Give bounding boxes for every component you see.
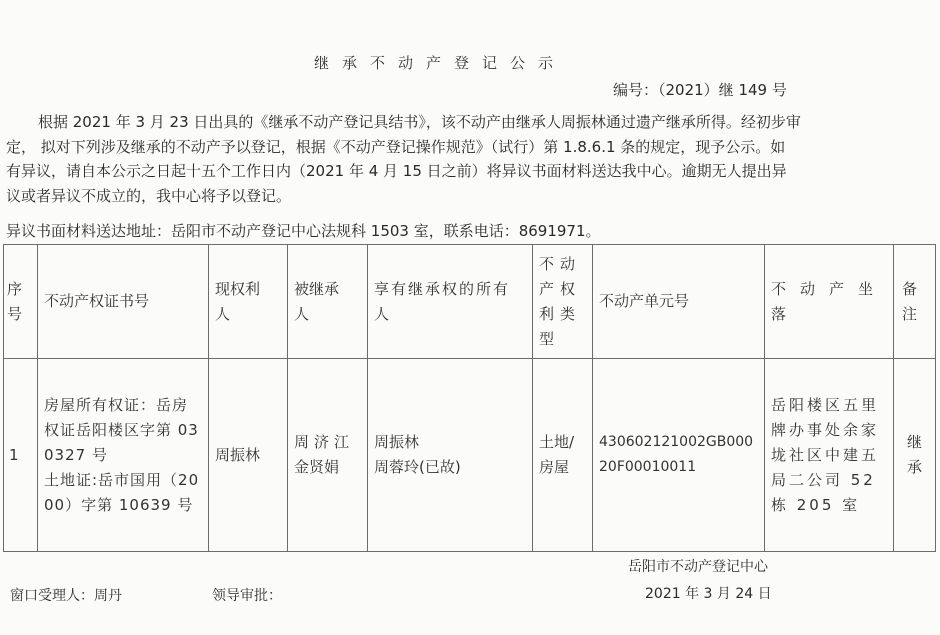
header-decedent: 被继承人 bbox=[288, 245, 368, 359]
cell-certificate: 房屋所有权证：岳房权证岳阳楼区字第 030327 号 土地证:岳市国用（2000… bbox=[38, 359, 209, 552]
document-title: 继承不动产登记公示 bbox=[314, 52, 566, 73]
body-line: 根据 2021 年 3 月 23 日出具的《继承不动产登记具结书》，该不动产由继… bbox=[6, 110, 936, 135]
notice-body: 根据 2021 年 3 月 23 日出具的《继承不动产登记具结书》，该不动产由继… bbox=[6, 110, 936, 208]
heir-name: 周振林 bbox=[374, 430, 526, 455]
decedent-name: 周济江 bbox=[294, 430, 361, 455]
cell-current-owner: 周振林 bbox=[209, 359, 288, 552]
decedent-name: 金贤娟 bbox=[294, 455, 361, 480]
header-index: 序号 bbox=[4, 245, 38, 359]
header-heirs: 享有继承权的所有人 bbox=[368, 245, 533, 359]
header-certificate: 不动产权证书号 bbox=[38, 245, 209, 359]
land-certificate: 土地证:岳市国用（2000）字第 10639 号 bbox=[44, 468, 202, 518]
header-current-owner: 现权利人 bbox=[209, 245, 288, 359]
body-line: 有异议，请自本公示之日起十五个工作日内（2021 年 4 月 15 日之前）将异… bbox=[6, 159, 936, 184]
cell-unit-number: 430602121002GB00020F00010011 bbox=[593, 359, 765, 552]
cell-right-type: 土地/房屋 bbox=[533, 359, 593, 552]
header-unit-number: 不动产单元号 bbox=[593, 245, 765, 359]
heir-name: 周蓉玲(已故) bbox=[374, 455, 526, 480]
inheritance-table: 序号 不动产权证书号 现权利人 被继承人 享有继承权的所有人 不动产权利类型 不… bbox=[3, 244, 936, 552]
header-right-type: 不动产权利类型 bbox=[533, 245, 593, 359]
body-line: 定， 拟对下列涉及继承的不动产予以登记，根据《不动产登记操作规范》（试行）第 1… bbox=[6, 135, 936, 160]
issue-date: 2021 年 3 月 24 日 bbox=[645, 583, 772, 603]
cell-decedents: 周济江 金贤娟 bbox=[288, 359, 368, 552]
window-clerk: 窗口受理人：周丹 bbox=[10, 585, 122, 605]
cell-heirs: 周振林 周蓉玲(已故) bbox=[368, 359, 533, 552]
body-line: 议或者异议不成立的，我中心将予以登记。 bbox=[6, 184, 936, 209]
table-row: 1 房屋所有权证：岳房权证岳阳楼区字第 030327 号 土地证:岳市国用（20… bbox=[4, 359, 936, 552]
cell-location: 岳阳楼区五里牌办事处余家垅社区中建五局二公司 52 栋 205 室 bbox=[765, 359, 894, 552]
document-number: 编号：（2021）继 149 号 bbox=[613, 79, 787, 100]
leader-approval: 领导审批： bbox=[212, 585, 282, 605]
cell-index: 1 bbox=[4, 359, 38, 552]
objection-address: 异议书面材料送达地址：岳阳市不动产登记中心法规科 1503 室，联系电话：869… bbox=[6, 220, 601, 241]
cell-remarks: 继承 bbox=[894, 359, 936, 552]
header-location: 不动产坐落 bbox=[765, 245, 894, 359]
issuing-organization: 岳阳市不动产登记中心 bbox=[628, 556, 768, 576]
header-remarks: 备注 bbox=[894, 245, 936, 359]
house-certificate: 房屋所有权证：岳房权证岳阳楼区字第 030327 号 bbox=[44, 393, 202, 468]
table-header-row: 序号 不动产权证书号 现权利人 被继承人 享有继承权的所有人 不动产权利类型 不… bbox=[4, 245, 936, 359]
